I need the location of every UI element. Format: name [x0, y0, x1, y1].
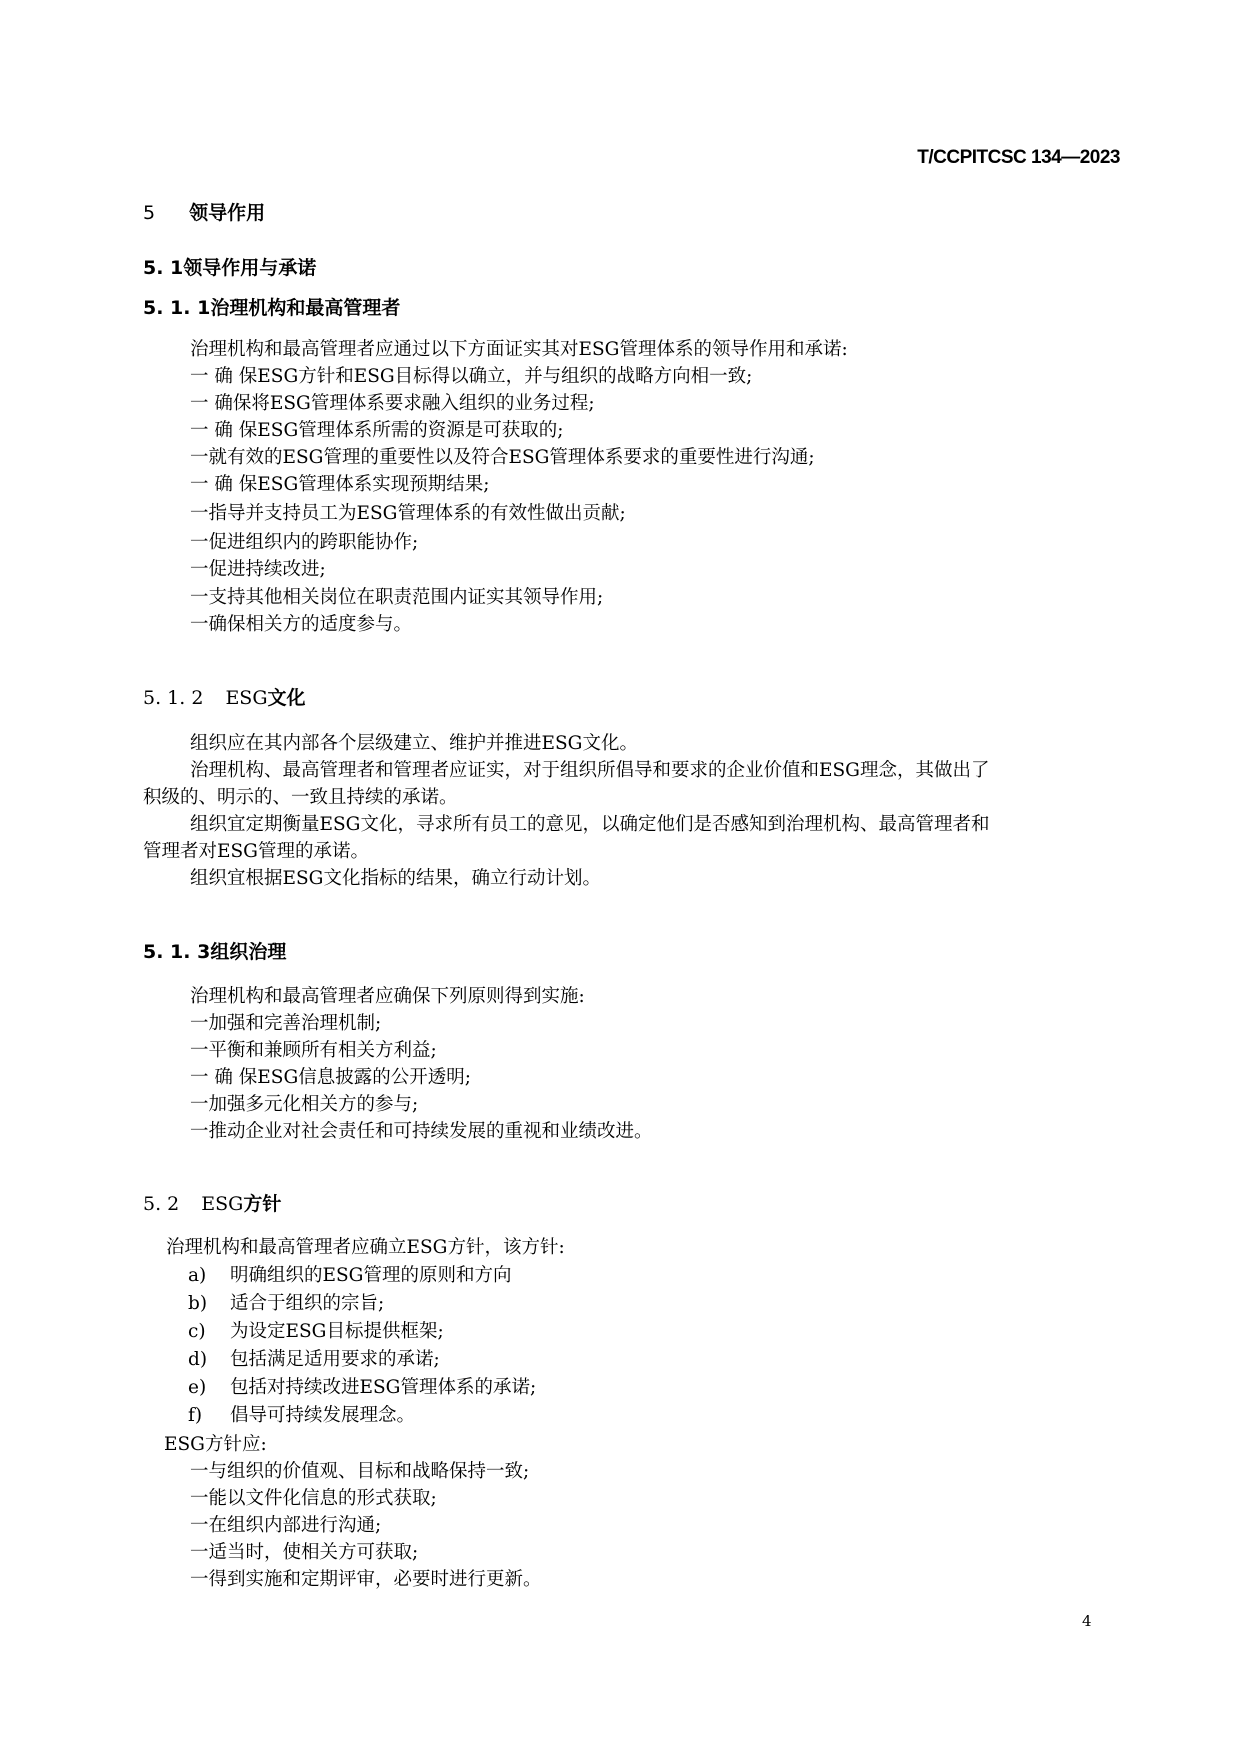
item-text: 为设定ESG目标提供框架;	[230, 1321, 444, 1342]
section-title: 组织治理	[210, 941, 286, 963]
section-number: 5	[143, 202, 155, 224]
list-item: 一 确 保ESG方针和ESG目标得以确立，并与组织的战略方向相一致;	[190, 365, 752, 389]
list-item: 一促进组织内的跨职能协作;	[190, 531, 418, 555]
document-page: T/CCPITCSC 134—2023 5领导作用 5. 1领导作用与承诺 5.…	[0, 0, 1240, 1755]
paragraph: 治理机构、最高管理者和管理者应证实，对于组织所倡导和要求的企业价值和ESG理念，…	[190, 759, 989, 783]
item-text: 适合于组织的宗旨;	[230, 1293, 384, 1314]
lettered-item: b)适合于组织的宗旨;	[188, 1292, 384, 1316]
item-text: 明确组织的ESG管理的原则和方向	[230, 1265, 511, 1286]
page-number: 4	[1082, 1612, 1092, 1630]
section-title: 治理机构和最高管理者	[210, 297, 400, 319]
list-item: 一 确保将ESG管理体系要求融入组织的业务过程;	[190, 392, 595, 416]
list-item: 一支持其他相关岗位在职责范围内证实其领导作用;	[190, 586, 603, 610]
list-item: 一适当时，使相关方可获取;	[190, 1541, 418, 1565]
document-code: T/CCPITCSC 134—2023	[917, 147, 1120, 169]
list-item: 一在组织内部进行沟通;	[190, 1514, 381, 1538]
section-number: 5. 1. 2	[143, 687, 203, 709]
item-label: a)	[188, 1264, 230, 1288]
list-item: 一加强多元化相关方的参与;	[190, 1093, 418, 1117]
item-label: c)	[188, 1320, 230, 1344]
section-5-heading: 5领导作用	[143, 201, 265, 225]
section-title: 领导作用与承诺	[183, 257, 316, 279]
paragraph: 治理机构和最高管理者应确立ESG方针，该方针:	[166, 1236, 565, 1260]
section-5-1-2-heading: 5. 1. 2ESG文化	[143, 686, 306, 710]
item-text: 包括满足适用要求的承诺;	[230, 1349, 440, 1370]
item-text: 包括对持续改进ESG管理体系的承诺;	[230, 1377, 536, 1398]
section-number: 5. 1	[143, 257, 183, 279]
section-title-prefix: ESG	[225, 687, 267, 709]
list-item: 一 确 保ESG管理体系实现预期结果;	[190, 473, 489, 497]
list-item: 一推动企业对社会责任和可持续发展的重视和业绩改进。	[190, 1120, 653, 1144]
list-item: 一 确 保ESG信息披露的公开透明;	[190, 1066, 471, 1090]
paragraph: 治理机构和最高管理者应确保下列原则得到实施:	[190, 985, 585, 1009]
list-item: 一 确 保ESG管理体系所需的资源是可获取的;	[190, 419, 563, 443]
list-item: 一促进持续改进;	[190, 558, 326, 582]
paragraph-continuation: 积级的、明示的、一致且持续的承诺。	[143, 786, 458, 810]
section-number: 5. 2	[143, 1193, 179, 1215]
section-title: 文化	[268, 687, 306, 709]
lettered-item: d)包括满足适用要求的承诺;	[188, 1348, 440, 1372]
list-item: 一指导并支持员工为ESG管理体系的有效性做出贡献;	[190, 502, 626, 526]
item-label: d)	[188, 1348, 230, 1372]
paragraph: 组织应在其内部各个层级建立、维护并推进ESG文化。	[190, 732, 638, 756]
item-text: 倡导可持续发展理念。	[230, 1405, 415, 1426]
list-item: 一就有效的ESG管理的重要性以及符合ESG管理体系要求的重要性进行沟通;	[190, 446, 815, 470]
lettered-item: e)包括对持续改进ESG管理体系的承诺;	[188, 1376, 536, 1400]
paragraph: 治理机构和最高管理者应通过以下方面证实其对ESG管理体系的领导作用和承诺:	[190, 338, 848, 362]
section-title: 方针	[243, 1193, 281, 1215]
list-item: 一加强和完善治理机制;	[190, 1012, 381, 1036]
item-label: f)	[188, 1404, 230, 1428]
section-5-2-heading: 5. 2ESG方针	[143, 1192, 281, 1216]
list-item: 一与组织的价值观、目标和战略保持一致;	[190, 1460, 529, 1484]
lettered-item: c)为设定ESG目标提供框架;	[188, 1320, 444, 1344]
paragraph: 组织宜根据ESG文化指标的结果，确立行动计划。	[190, 867, 601, 891]
paragraph: ESG方针应:	[164, 1433, 267, 1457]
paragraph-continuation: 管理者对ESG管理的承诺。	[143, 840, 369, 864]
paragraph: 组织宜定期衡量ESG文化，寻求所有员工的意见，以确定他们是否感知到治理机构、最高…	[190, 813, 989, 837]
section-number: 5. 1. 3	[143, 941, 210, 963]
list-item: 一能以文件化信息的形式获取;	[190, 1487, 437, 1511]
section-title-prefix: ESG	[201, 1193, 243, 1215]
item-label: b)	[188, 1292, 230, 1316]
lettered-item: a)明确组织的ESG管理的原则和方向	[188, 1264, 511, 1288]
list-item: 一平衡和兼顾所有相关方利益;	[190, 1039, 437, 1063]
list-item: 一得到实施和定期评审，必要时进行更新。	[190, 1568, 542, 1592]
item-label: e)	[188, 1376, 230, 1400]
lettered-item: f)倡导可持续发展理念。	[188, 1404, 415, 1428]
section-5-1-1-heading: 5. 1. 1治理机构和最高管理者	[143, 296, 400, 320]
section-number: 5. 1. 1	[143, 297, 210, 319]
section-5-1-3-heading: 5. 1. 3组织治理	[143, 940, 286, 964]
section-5-1-heading: 5. 1领导作用与承诺	[143, 256, 316, 280]
section-title: 领导作用	[189, 202, 265, 224]
list-item: 一确保相关方的适度参与。	[190, 613, 412, 637]
